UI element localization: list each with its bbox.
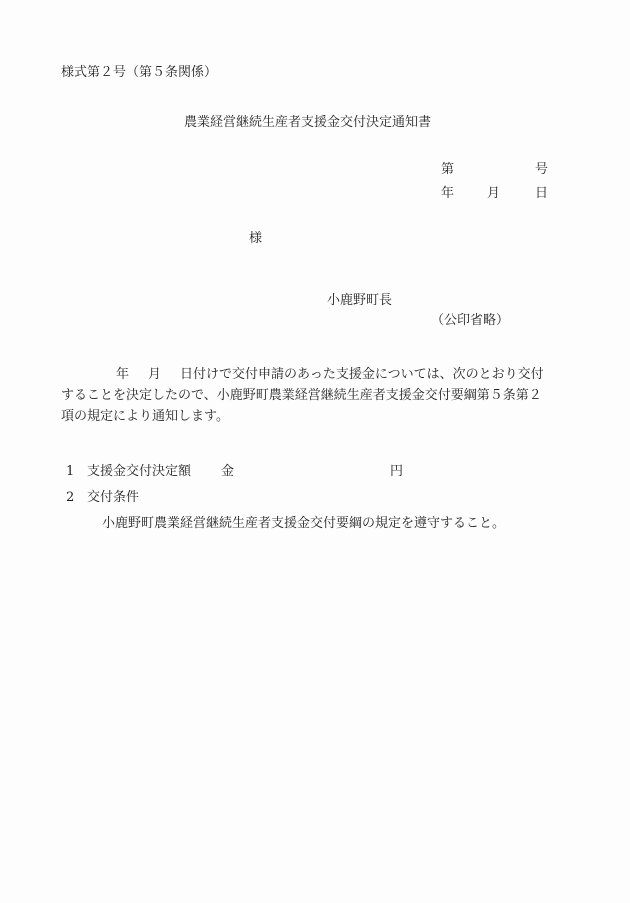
number-prefix: 第 bbox=[441, 163, 454, 176]
document-title: 農業経営継続生産者支援金交付決定通知書 bbox=[184, 116, 431, 129]
recipient-honorific: 様 bbox=[249, 232, 262, 245]
body-year: 年 bbox=[116, 367, 129, 382]
item-2-label: 交付条件 bbox=[87, 491, 139, 504]
body-month: 月 bbox=[148, 367, 161, 382]
date-month: 月 bbox=[487, 187, 500, 200]
item-1-amount-prefix: 金 bbox=[221, 465, 234, 478]
body-paragraph: 年月日付けで交付申請のあった支援金については、次のとおり交付 することを決定した… bbox=[61, 364, 561, 427]
seal-note: （公印省略） bbox=[431, 314, 509, 327]
date-year: 年 bbox=[441, 187, 454, 200]
item-2-detail: 小鹿野町農業経営継続生産者支援金交付要綱の規定を遵守すること。 bbox=[102, 517, 505, 530]
item-2-number: 2 bbox=[66, 491, 74, 504]
body-line-1: 年月日付けで交付申請のあった支援金については、次のとおり交付 bbox=[61, 364, 561, 385]
item-1-amount-suffix: 円 bbox=[390, 465, 403, 478]
item-1-number: 1 bbox=[66, 465, 74, 478]
number-suffix: 号 bbox=[535, 163, 548, 176]
date-day: 日 bbox=[535, 187, 548, 200]
sender-name: 小鹿野町長 bbox=[327, 294, 392, 307]
form-label: 様式第２号（第５条関係） bbox=[61, 66, 217, 79]
item-1-label: 支援金交付決定額 bbox=[87, 465, 191, 478]
body-line-2: することを決定したので、小鹿野町農業経営継続生産者支援金交付要綱第５条第２ bbox=[61, 385, 561, 406]
body-line-1-rest: 日付けで交付申請のあった支援金については、次のとおり交付 bbox=[180, 367, 544, 382]
body-line-3: 項の規定により通知します。 bbox=[61, 406, 561, 427]
